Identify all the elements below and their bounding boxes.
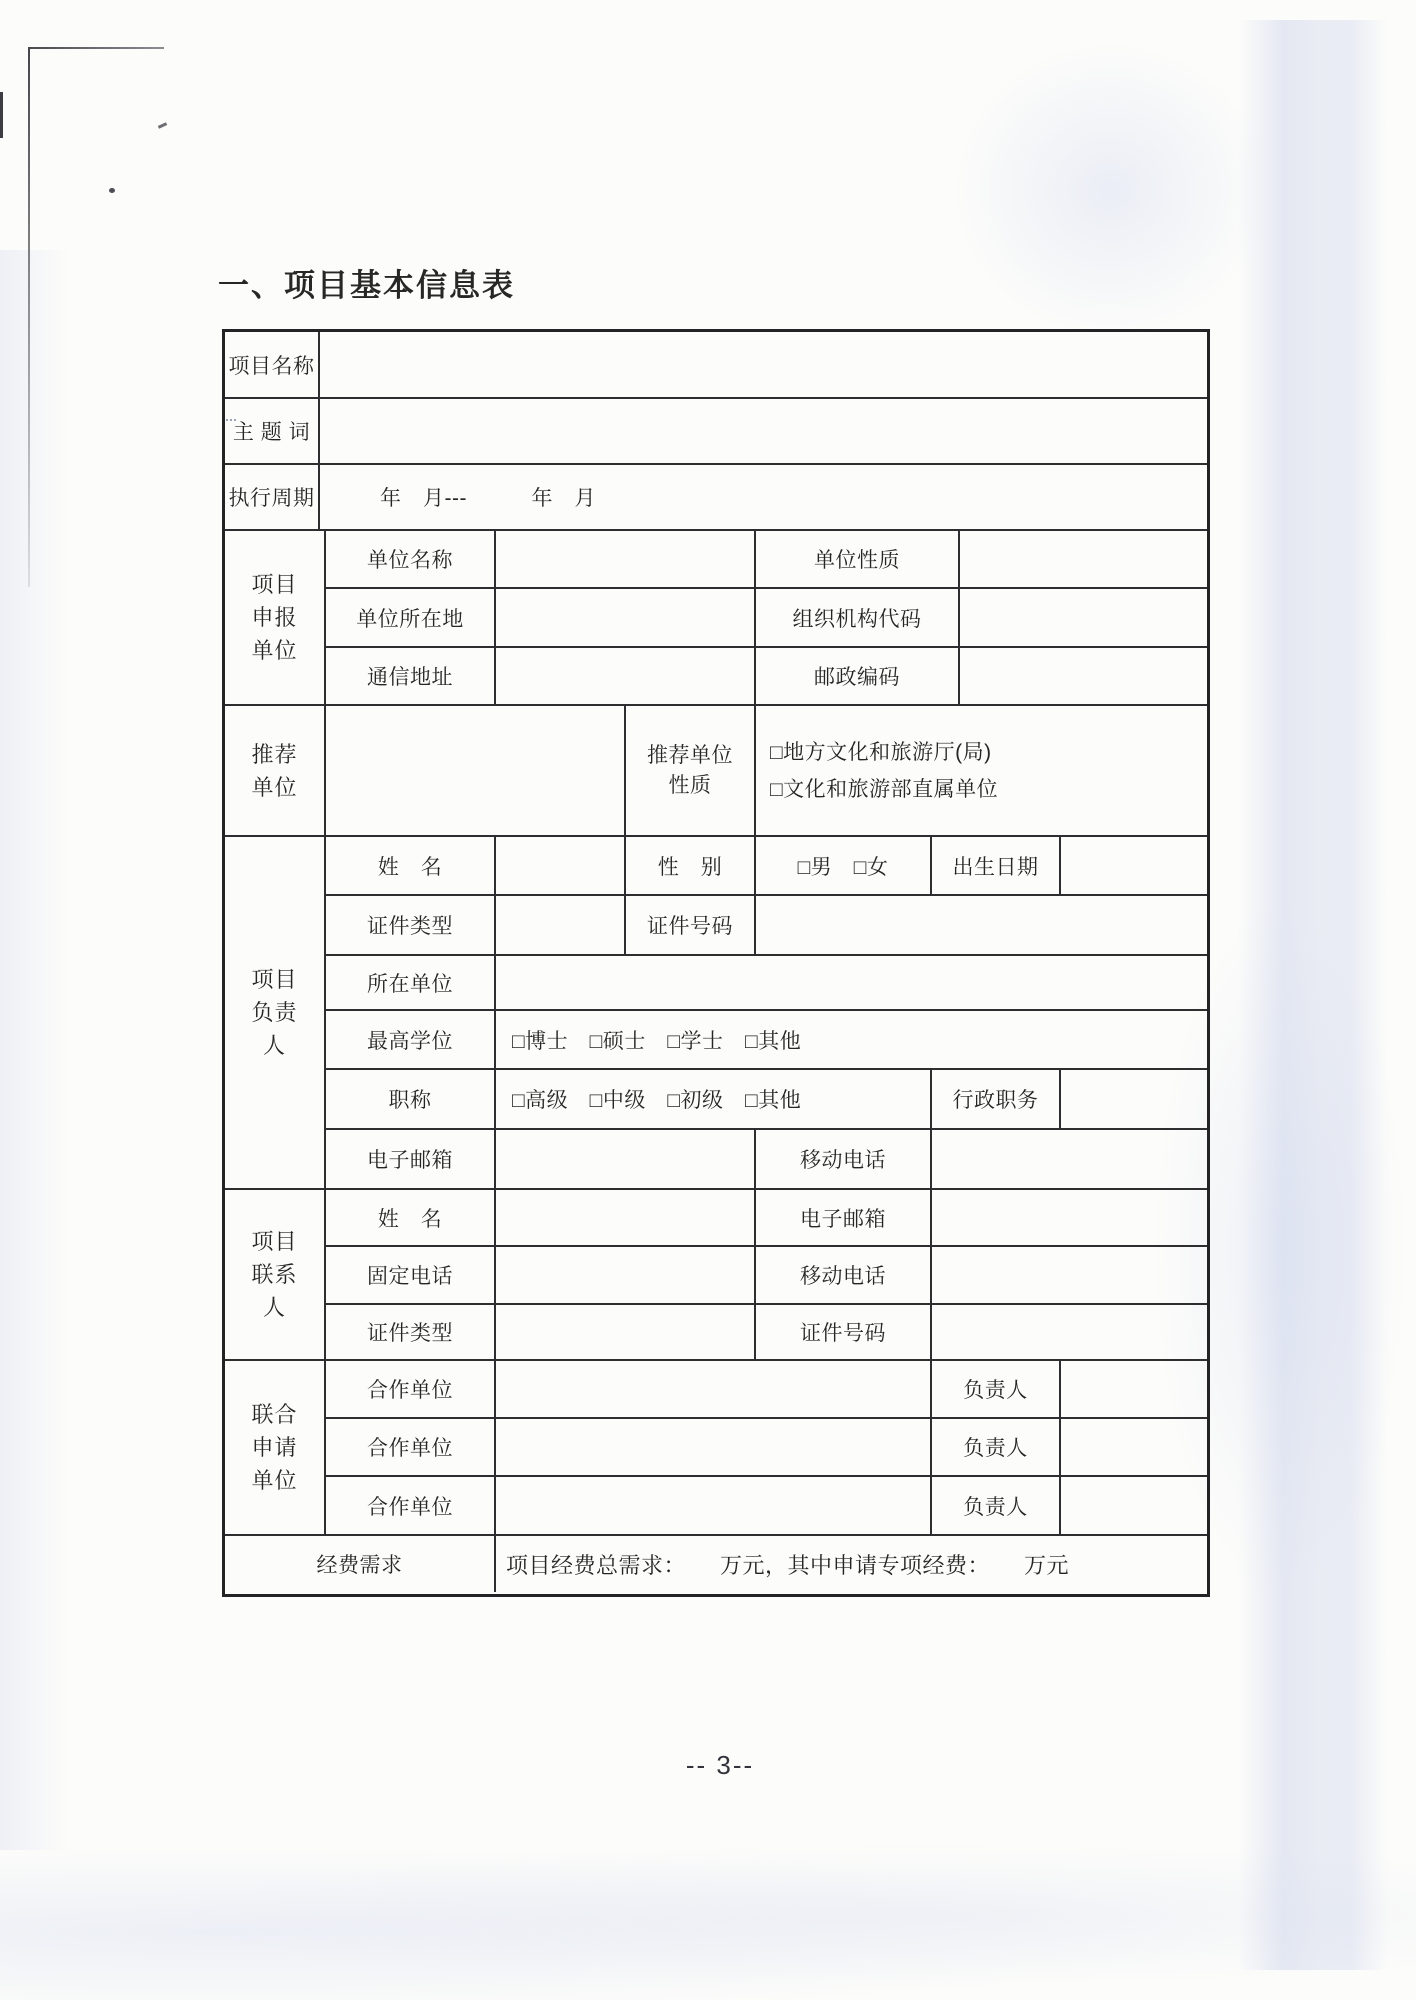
recommender-nature-options: □地方文化和旅游厅(局) □文化和旅游部直属单位	[756, 706, 1207, 835]
section-recommender: 推荐 单位 推荐单位 性质 □地方文化和旅游厅(局) □文化和旅游部直属单位	[225, 706, 1207, 837]
leader-gender-options: □男 □女	[756, 837, 932, 894]
unit-location-label: 单位所在地	[326, 589, 496, 646]
recommender-nature-label: 推荐单位 性质	[626, 706, 756, 835]
postal-code-label: 邮政编码	[756, 648, 960, 704]
leader-birthdate-label: 出生日期	[932, 837, 1061, 894]
row-execution-period: 执行周期 年 月--- 年 月	[225, 465, 1207, 531]
leader-id-type-label: 证件类型	[326, 896, 496, 954]
contact-id-type-label: 证件类型	[326, 1305, 496, 1359]
keywords-value	[320, 399, 1207, 463]
recommender-section-line: 单位	[251, 771, 297, 804]
leader-mobile-value	[932, 1130, 1207, 1188]
partner-leader-value	[1061, 1477, 1207, 1534]
scan-artifact-edge-dash	[0, 92, 3, 138]
leader-section-line: 负责	[251, 996, 297, 1029]
section-joint-applicants: 联合 申请 单位 合作单位 负责人 合作单位 负责人 合作单位	[225, 1361, 1207, 1536]
execution-period-label: 执行周期	[225, 465, 320, 529]
leader-email-label: 电子邮箱	[326, 1130, 496, 1188]
contact-id-number-value	[932, 1305, 1207, 1359]
partner-leader-label: 负责人	[932, 1361, 1061, 1417]
unit-name-label: 单位名称	[326, 531, 496, 587]
leader-section-line: 项目	[251, 963, 297, 996]
scan-wash-left	[0, 250, 70, 1850]
keywords-label: 主 题 词	[225, 399, 320, 463]
partner-unit-value	[496, 1477, 932, 1534]
contact-landline-label: 固定电话	[326, 1247, 496, 1303]
section-project-leader: 项目 负责 人 姓 名 性 别 □男 □女 出生日期 证件类型 证件号码	[225, 837, 1207, 1190]
org-code-label: 组织机构代码	[756, 589, 960, 646]
partner-leader-value	[1061, 1419, 1207, 1475]
row-leader-work-unit: 所在单位	[326, 956, 1207, 1011]
partner-leader-value	[1061, 1361, 1207, 1417]
recommender-value	[326, 706, 626, 835]
project-info-table: 项目名称 主 题 词 执行周期 年 月--- 年 月 项目 申报 单位 单位名称…	[222, 329, 1210, 1597]
leader-id-number-label: 证件号码	[626, 896, 756, 954]
leader-gender-label: 性 别	[626, 837, 756, 894]
recommender-section-label: 推荐 单位	[225, 706, 326, 835]
row-contact-name: 姓 名 电子邮箱	[326, 1190, 1207, 1247]
scan-wash-right	[1238, 20, 1388, 1970]
row-keywords: 主 题 词	[225, 399, 1207, 465]
unit-nature-value	[960, 531, 1207, 587]
section-project-contact: 项目 联系 人 姓 名 电子邮箱 固定电话 移动电话 证件类型	[225, 1190, 1207, 1361]
row-mailing-address: 通信地址 邮政编码	[326, 648, 1207, 704]
joint-section-line: 单位	[251, 1464, 297, 1497]
leader-birthdate-value	[1061, 837, 1207, 894]
unit-location-value	[496, 589, 756, 646]
contact-section-line: 人	[263, 1291, 286, 1324]
project-name-value	[320, 332, 1207, 397]
leader-work-unit-label: 所在单位	[326, 956, 496, 1009]
section-budget: 经费需求 项目经费总需求： 万元，其中申请专项经费： 万元	[225, 1536, 1207, 1592]
leader-admin-post-label: 行政职务	[932, 1070, 1061, 1128]
org-code-value	[960, 589, 1207, 646]
contact-email-label: 电子邮箱	[756, 1190, 932, 1245]
unit-name-value	[496, 531, 756, 587]
row-leader-title: 职称 □高级 □中级 □初级 □其他 行政职务	[326, 1070, 1207, 1130]
joint-section-line: 申请	[251, 1431, 297, 1464]
row-partner-unit-1: 合作单位 负责人	[326, 1361, 1207, 1419]
scan-artifact-corner-line-v	[28, 47, 30, 587]
page-title: 一、项目基本信息表	[218, 260, 515, 305]
scan-wash-top-right	[950, 40, 1270, 340]
leader-title-options: □高级 □中级 □初级 □其他	[496, 1070, 932, 1128]
leader-name-label: 姓 名	[326, 837, 496, 894]
scan-wash-bottom	[0, 1830, 1416, 2000]
scan-artifact-tick	[158, 122, 167, 129]
leader-admin-post-value	[1061, 1070, 1207, 1128]
leader-section-label: 项目 负责 人	[225, 837, 326, 1188]
row-contact-id: 证件类型 证件号码	[326, 1305, 1207, 1359]
contact-section-line: 联系	[251, 1258, 297, 1291]
scanned-page: 一、项目基本信息表 项目名称 主 题 词 执行周期 年 月--- 年 月 项目 …	[0, 0, 1416, 2000]
row-recommender: 推荐单位 性质 □地方文化和旅游厅(局) □文化和旅游部直属单位	[326, 706, 1207, 835]
leader-work-unit-value	[496, 956, 1207, 1009]
execution-period-value: 年 月--- 年 月	[320, 465, 1207, 529]
applicant-section-line: 单位	[251, 634, 297, 667]
row-leader-id: 证件类型 证件号码	[326, 896, 1207, 956]
page-number: -- 3--	[620, 1750, 820, 1781]
mailing-address-value	[496, 648, 756, 704]
contact-mobile-value	[932, 1247, 1207, 1303]
recommender-section-line: 推荐	[251, 738, 297, 771]
contact-name-value	[496, 1190, 756, 1245]
leader-degree-label: 最高学位	[326, 1011, 496, 1068]
contact-id-number-label: 证件号码	[756, 1305, 932, 1359]
row-partner-unit-2: 合作单位 负责人	[326, 1419, 1207, 1477]
checkbox-option-local-bureau: □地方文化和旅游厅(局)	[770, 734, 992, 771]
leader-id-type-value	[496, 896, 626, 954]
contact-id-type-value	[496, 1305, 756, 1359]
partner-unit-label: 合作单位	[326, 1419, 496, 1475]
leader-mobile-label: 移动电话	[756, 1130, 932, 1188]
row-contact-phone: 固定电话 移动电话	[326, 1247, 1207, 1305]
recommender-nature-line: 性质	[669, 771, 712, 801]
recommender-nature-line: 推荐单位	[647, 741, 733, 771]
contact-name-label: 姓 名	[326, 1190, 496, 1245]
partner-unit-value	[496, 1361, 932, 1417]
leader-email-value	[496, 1130, 756, 1188]
contact-mobile-label: 移动电话	[756, 1247, 932, 1303]
partner-leader-label: 负责人	[932, 1477, 1061, 1534]
row-leader-degree: 最高学位 □博士 □硕士 □学士 □其他	[326, 1011, 1207, 1070]
postal-code-value	[960, 648, 1207, 704]
contact-landline-value	[496, 1247, 756, 1303]
checkbox-option-ministry-unit: □文化和旅游部直属单位	[770, 771, 998, 808]
partner-unit-value	[496, 1419, 932, 1475]
contact-section-line: 项目	[251, 1225, 297, 1258]
row-unit-location: 单位所在地 组织机构代码	[326, 589, 1207, 648]
row-project-name: 项目名称	[225, 332, 1207, 399]
leader-degree-options: □博士 □硕士 □学士 □其他	[496, 1011, 1207, 1068]
partner-leader-label: 负责人	[932, 1419, 1061, 1475]
contact-section-label: 项目 联系 人	[225, 1190, 326, 1359]
applicant-section-line: 申报	[251, 601, 297, 634]
scan-artifact-corner-line-h	[28, 47, 164, 49]
contact-email-value	[932, 1190, 1207, 1245]
joint-section-line: 联合	[251, 1398, 297, 1431]
row-leader-email: 电子邮箱 移动电话	[326, 1130, 1207, 1188]
section-applicant-unit: 项目 申报 单位 单位名称 单位性质 单位所在地 组织机构代码	[225, 531, 1207, 706]
project-name-label: 项目名称	[225, 332, 320, 397]
budget-label: 经费需求	[225, 1536, 496, 1592]
leader-section-line: 人	[263, 1029, 286, 1062]
row-leader-name: 姓 名 性 别 □男 □女 出生日期	[326, 837, 1207, 896]
leader-id-number-value	[756, 896, 1207, 954]
joint-section-label: 联合 申请 单位	[225, 1361, 326, 1534]
partner-unit-label: 合作单位	[326, 1361, 496, 1417]
applicant-section-line: 项目	[251, 568, 297, 601]
scan-artifact-speck	[109, 188, 115, 193]
unit-nature-label: 单位性质	[756, 531, 960, 587]
partner-unit-label: 合作单位	[326, 1477, 496, 1534]
leader-name-value	[496, 837, 626, 894]
row-partner-unit-3: 合作单位 负责人	[326, 1477, 1207, 1534]
applicant-section-label: 项目 申报 单位	[225, 531, 326, 704]
leader-title-label: 职称	[326, 1070, 496, 1128]
mailing-address-label: 通信地址	[326, 648, 496, 704]
budget-value: 项目经费总需求： 万元，其中申请专项经费： 万元	[496, 1536, 1207, 1592]
row-unit-name: 单位名称 单位性质	[326, 531, 1207, 589]
